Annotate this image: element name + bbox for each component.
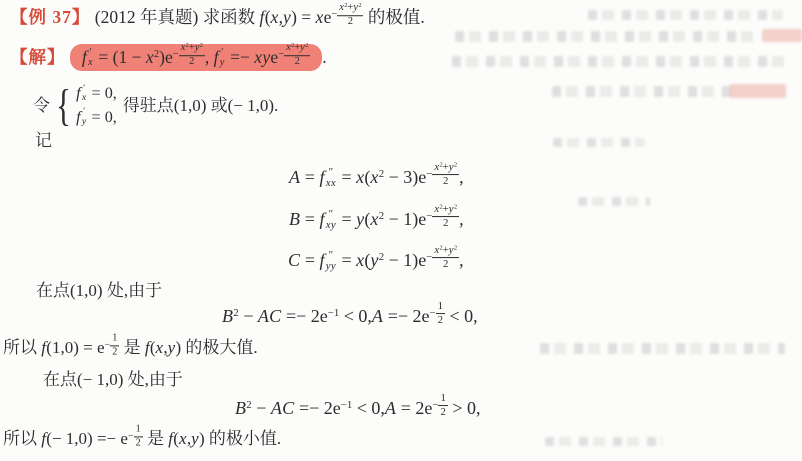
- math-variable: A: [372, 306, 383, 326]
- variable-subscript: yy: [326, 261, 336, 272]
- superscript: 2: [200, 43, 203, 49]
- bleed-through-artifact: [578, 197, 650, 206]
- text-run: ) =: [291, 7, 315, 27]
- text-run: 记: [35, 131, 52, 150]
- brace-left: {: [56, 87, 71, 124]
- fraction: x2+y22: [432, 244, 459, 271]
- fraction: 12: [438, 392, 447, 419]
- text-run: 1: [112, 333, 117, 344]
- note-ji: 记: [35, 130, 52, 151]
- text-run: (2012 年真题) 求函数: [90, 7, 259, 27]
- superscript: −x2+y22: [426, 203, 459, 230]
- text-run: 2: [348, 16, 353, 27]
- fraction-denominator: 2: [440, 406, 445, 418]
- text-run: 2: [291, 43, 294, 49]
- math-variable: f: [82, 47, 87, 67]
- text-run: −: [239, 306, 258, 326]
- text-run: 得驻点(1,0) 或(− 1,0).: [123, 95, 278, 116]
- text-run: 2: [233, 308, 238, 319]
- superscript: −12: [105, 333, 120, 358]
- math-variable: B: [235, 398, 246, 418]
- fraction-denominator: 2: [136, 437, 141, 449]
- text-run: ,: [205, 47, 214, 67]
- math-variable: A: [258, 306, 269, 326]
- math-variable: x: [146, 47, 154, 67]
- math-variable: y: [168, 338, 176, 357]
- variable-subscript: x: [88, 58, 93, 68]
- math-variable: xx: [326, 177, 336, 189]
- text-run: ) 的极大值.: [176, 338, 258, 357]
- section-tag: 【例 37】: [10, 7, 90, 27]
- superscript: −1: [328, 308, 340, 319]
- prime-with-subscript: ′x: [88, 48, 93, 68]
- math-variable: x: [316, 7, 324, 27]
- superscript: −x2+y22: [278, 42, 310, 68]
- prime-with-subscript: ″xy: [326, 209, 336, 230]
- cases-row: f′y = 0,: [76, 108, 117, 128]
- text-run: −: [252, 398, 271, 418]
- variable-subscript: x: [82, 93, 87, 103]
- superscript: −x2+y22: [331, 2, 363, 28]
- math-variable: C: [288, 250, 300, 270]
- text-run: 2: [186, 43, 189, 49]
- text-run: 1: [440, 392, 445, 404]
- fraction-numerator: 1: [436, 300, 445, 314]
- fraction-numerator: 1: [110, 333, 119, 347]
- prime-with-subscript: ′y: [82, 107, 87, 126]
- math-variable: C: [269, 306, 281, 326]
- text-run: > 0,: [448, 398, 481, 418]
- math-variable: x: [82, 92, 87, 103]
- fraction-numerator: 1: [438, 392, 447, 406]
- math-variable: C: [282, 398, 294, 418]
- text-run: 2: [454, 162, 457, 168]
- text-run: ) 的极小值.: [199, 429, 281, 448]
- text-run: − 3)e: [384, 167, 426, 187]
- min-conclusion: 所以 f(− 1,0) =− e−12 是 f(x,y) 的极小值.: [3, 428, 281, 455]
- inequality-2: B2 − AC =− 2e−1 < 0,A = 2e−12 > 0,: [235, 397, 481, 425]
- text-run: ,: [459, 209, 464, 229]
- text-run: e: [270, 47, 278, 67]
- text-run: < 0,: [445, 306, 478, 326]
- text-run: =: [300, 167, 319, 187]
- bleed-through-artifact: [540, 343, 785, 354]
- max-conclusion: 所以 f(1,0) = e−12 是 f(x,y) 的极大值.: [3, 337, 258, 364]
- text-run: 的极值.: [363, 7, 424, 27]
- math-variable: x: [271, 7, 279, 27]
- math-variable: f: [319, 250, 324, 270]
- text-run: 2: [443, 258, 448, 270]
- prime-with-subscript: ″xx: [326, 167, 336, 188]
- fraction-numerator: x2+y2: [337, 2, 363, 16]
- bleed-through-artifact: [455, 31, 755, 42]
- prime-with-subscript: ′y: [220, 48, 225, 68]
- fraction: x2+y22: [179, 42, 205, 68]
- text-run: =: [337, 167, 356, 187]
- superscript: −1: [341, 400, 353, 411]
- variable-subscript: xy: [326, 220, 336, 231]
- text-run: ,: [459, 167, 464, 187]
- solution-derivatives: 【解】 f′x = (1 − x2)e−x2+y22, f′y =− xye−x…: [10, 47, 327, 74]
- fraction-denominator: 2: [443, 217, 448, 229]
- text-run: 令: [33, 95, 50, 116]
- text-run: 2: [454, 245, 457, 251]
- text-run: 所以: [3, 338, 41, 357]
- fraction-denominator: 2: [189, 56, 194, 68]
- math-variable: yy: [326, 260, 336, 272]
- math-variable: y: [82, 116, 87, 127]
- math-variable: f: [76, 85, 81, 102]
- textbook-page: 【例 37】 (2012 年真题) 求函数 f(x,y) = xe−x2+y22…: [0, 0, 802, 461]
- text-run: 2: [379, 211, 384, 222]
- math-variable: A: [289, 167, 300, 187]
- text-run: 2: [443, 217, 448, 229]
- text-run: 2: [443, 175, 448, 187]
- fraction-numerator: x2+y2: [179, 42, 205, 56]
- text-run: −1: [341, 400, 353, 411]
- fraction: 12: [134, 424, 143, 449]
- math-variable: x: [88, 57, 93, 68]
- prime-with-subscript: ′x: [82, 84, 87, 103]
- superscript: 2: [305, 43, 308, 49]
- text-run: = 2e: [396, 398, 432, 418]
- fraction: x2+y22: [432, 203, 459, 230]
- text-run: =− 2e: [383, 306, 429, 326]
- text-run: = 0,: [88, 85, 117, 102]
- text-run: 2: [189, 56, 194, 67]
- text-run: −1: [328, 308, 340, 319]
- math-variable: y: [220, 57, 225, 68]
- text-run: 所以: [3, 429, 41, 448]
- problem-statement: 【例 37】 (2012 年真题) 求函数 f(x,y) = xe−x2+y22…: [10, 7, 425, 34]
- text-run: ,: [459, 250, 464, 270]
- text-run: < 0,: [339, 306, 372, 326]
- fraction: 12: [110, 333, 119, 358]
- superscript: 2: [439, 245, 442, 251]
- text-run: 2: [379, 252, 384, 263]
- superscript: 2: [379, 252, 384, 263]
- fraction-denominator: 2: [295, 56, 300, 68]
- text-run: 2: [358, 3, 361, 9]
- math-variable: A: [271, 398, 282, 418]
- variable-subscript: y: [220, 58, 225, 68]
- text-run: 2: [112, 346, 117, 357]
- superscript: 2: [344, 3, 347, 9]
- equation-A: A = f″xx = x(x2 − 3)e−x2+y22,: [289, 166, 464, 194]
- text-run: 2: [344, 3, 347, 9]
- variable-subscript: y: [82, 117, 87, 127]
- text-run: =: [337, 209, 356, 229]
- fraction-numerator: x2+y2: [432, 161, 459, 175]
- math-variable: x: [370, 209, 378, 229]
- bleed-through-artifact: [545, 437, 663, 446]
- text-run: < 0,: [352, 398, 385, 418]
- superscript: 2: [358, 3, 361, 9]
- bleed-through-red-tag-artifact: [762, 29, 802, 42]
- superscript: −x2+y22: [426, 161, 459, 188]
- superscript: 2: [454, 245, 457, 251]
- math-variable: f: [319, 167, 324, 187]
- equation-B: B = f″xy = y(x2 − 1)e−x2+y22,: [289, 208, 464, 236]
- prime-with-subscript: ″yy: [326, 250, 336, 271]
- superscript: 2: [454, 162, 457, 168]
- math-variable: y: [370, 250, 378, 270]
- superscript: −12: [432, 392, 448, 419]
- math-variable: f: [76, 109, 81, 126]
- superscript: 2: [454, 204, 457, 210]
- fraction-denominator: 2: [438, 314, 443, 326]
- cases-row: f′x = 0,: [76, 84, 117, 104]
- superscript: 2: [246, 400, 251, 411]
- text-run: =− 2e: [294, 398, 340, 418]
- text-run: 2: [438, 314, 443, 326]
- math-variable: f: [319, 209, 324, 229]
- equation-C: C = f″yy = x(y2 − 1)e−x2+y22,: [288, 249, 464, 277]
- text-run: 2: [454, 204, 457, 210]
- superscript: −x2+y22: [173, 42, 205, 68]
- superscript: 2: [154, 50, 159, 61]
- text-run: =−: [226, 47, 255, 67]
- text-run: − 1)e: [384, 250, 426, 270]
- text-run: 2: [295, 56, 300, 67]
- text-run: 2: [379, 169, 384, 180]
- superscript: 2: [291, 43, 294, 49]
- fraction: x2+y22: [432, 161, 459, 188]
- fraction-numerator: x2+y2: [432, 203, 459, 217]
- text-run: − 1)e: [384, 209, 426, 229]
- superscript: 2: [439, 204, 442, 210]
- fraction-numerator: 1: [134, 424, 143, 438]
- math-variable: x: [179, 429, 187, 448]
- variable-subscript: xx: [326, 178, 336, 189]
- text-run: (1,0) = e: [46, 338, 104, 357]
- text-run: = 0,: [88, 109, 117, 126]
- superscript: 2: [233, 308, 238, 319]
- text-run: =− 2e: [281, 306, 327, 326]
- bleed-through-artifact: [452, 56, 787, 67]
- inequality-1: B2 − AC =− 2e−1 < 0,A =− 2e−12 < 0,: [222, 305, 478, 333]
- fraction: x2+y22: [284, 42, 310, 68]
- text-run: 2: [440, 406, 445, 418]
- fraction-numerator: x2+y2: [432, 244, 459, 258]
- text-run: 2: [246, 400, 251, 411]
- text-run: 是: [119, 338, 145, 357]
- text-run: =: [300, 209, 319, 229]
- superscript: 2: [379, 169, 384, 180]
- text-run: e: [324, 7, 332, 27]
- point-1-condition: 在点(1,0) 处,由于: [36, 280, 162, 301]
- text-run: 1: [136, 424, 141, 435]
- superscript: −12: [430, 300, 446, 327]
- fraction: x2+y22: [337, 2, 363, 28]
- fraction-denominator: 2: [112, 346, 117, 358]
- text-run: = (1 −: [94, 47, 146, 67]
- marker-highlight: f′x = (1 − x2)e−x2+y22, f′y =− xye−x2+y2…: [70, 44, 322, 71]
- text-run: 2: [154, 50, 159, 61]
- bleed-through-red-tag-artifact: [730, 84, 786, 98]
- text-run: 1: [438, 300, 443, 312]
- math-variable: f: [214, 47, 219, 67]
- bleed-through-artifact: [552, 86, 732, 97]
- math-variable: B: [289, 209, 300, 229]
- text-run: =: [300, 250, 319, 270]
- text-run: .: [322, 47, 326, 67]
- section-tag: 【解】: [10, 47, 66, 67]
- fraction-denominator: 2: [348, 16, 353, 28]
- math-variable: xy: [326, 219, 336, 231]
- bleed-through-artifact: [553, 138, 645, 147]
- superscript: 2: [186, 43, 189, 49]
- cases-rows: f′x = 0,f′y = 0,: [76, 84, 117, 127]
- text-run: 2: [439, 162, 442, 168]
- text-run: 2: [305, 43, 308, 49]
- cases-system: {f′x = 0,f′y = 0,: [53, 84, 117, 127]
- math-variable: A: [385, 398, 396, 418]
- fraction-denominator: 2: [443, 258, 448, 270]
- math-variable: B: [222, 306, 233, 326]
- text-run: 是: [143, 429, 169, 448]
- superscript: 2: [439, 162, 442, 168]
- text-run: 2: [439, 245, 442, 251]
- fraction-numerator: x2+y2: [284, 42, 310, 56]
- fraction: 12: [436, 300, 445, 327]
- stationary-points: 令{f′x = 0,f′y = 0,得驻点(1,0) 或(− 1,0).: [33, 82, 278, 130]
- text-run: 在点(1,0) 处,由于: [36, 281, 162, 300]
- point-neg1-condition: 在点(− 1,0) 处,由于: [43, 369, 183, 390]
- text-run: 2: [439, 204, 442, 210]
- text-run: 在点(− 1,0) 处,由于: [43, 370, 183, 389]
- math-variable: y: [191, 429, 199, 448]
- text-run: 2: [136, 437, 141, 448]
- math-variable: y: [283, 7, 291, 27]
- text-run: 2: [200, 43, 203, 49]
- text-run: )e: [159, 47, 173, 67]
- fraction-denominator: 2: [443, 175, 448, 187]
- superscript: −x2+y22: [426, 244, 459, 271]
- superscript: −12: [128, 424, 143, 449]
- superscript: 2: [379, 211, 384, 222]
- bleed-through-artifact: [588, 10, 783, 20]
- text-run: (− 1,0) =− e: [46, 429, 128, 448]
- math-variable: x: [370, 167, 378, 187]
- text-run: =: [337, 250, 356, 270]
